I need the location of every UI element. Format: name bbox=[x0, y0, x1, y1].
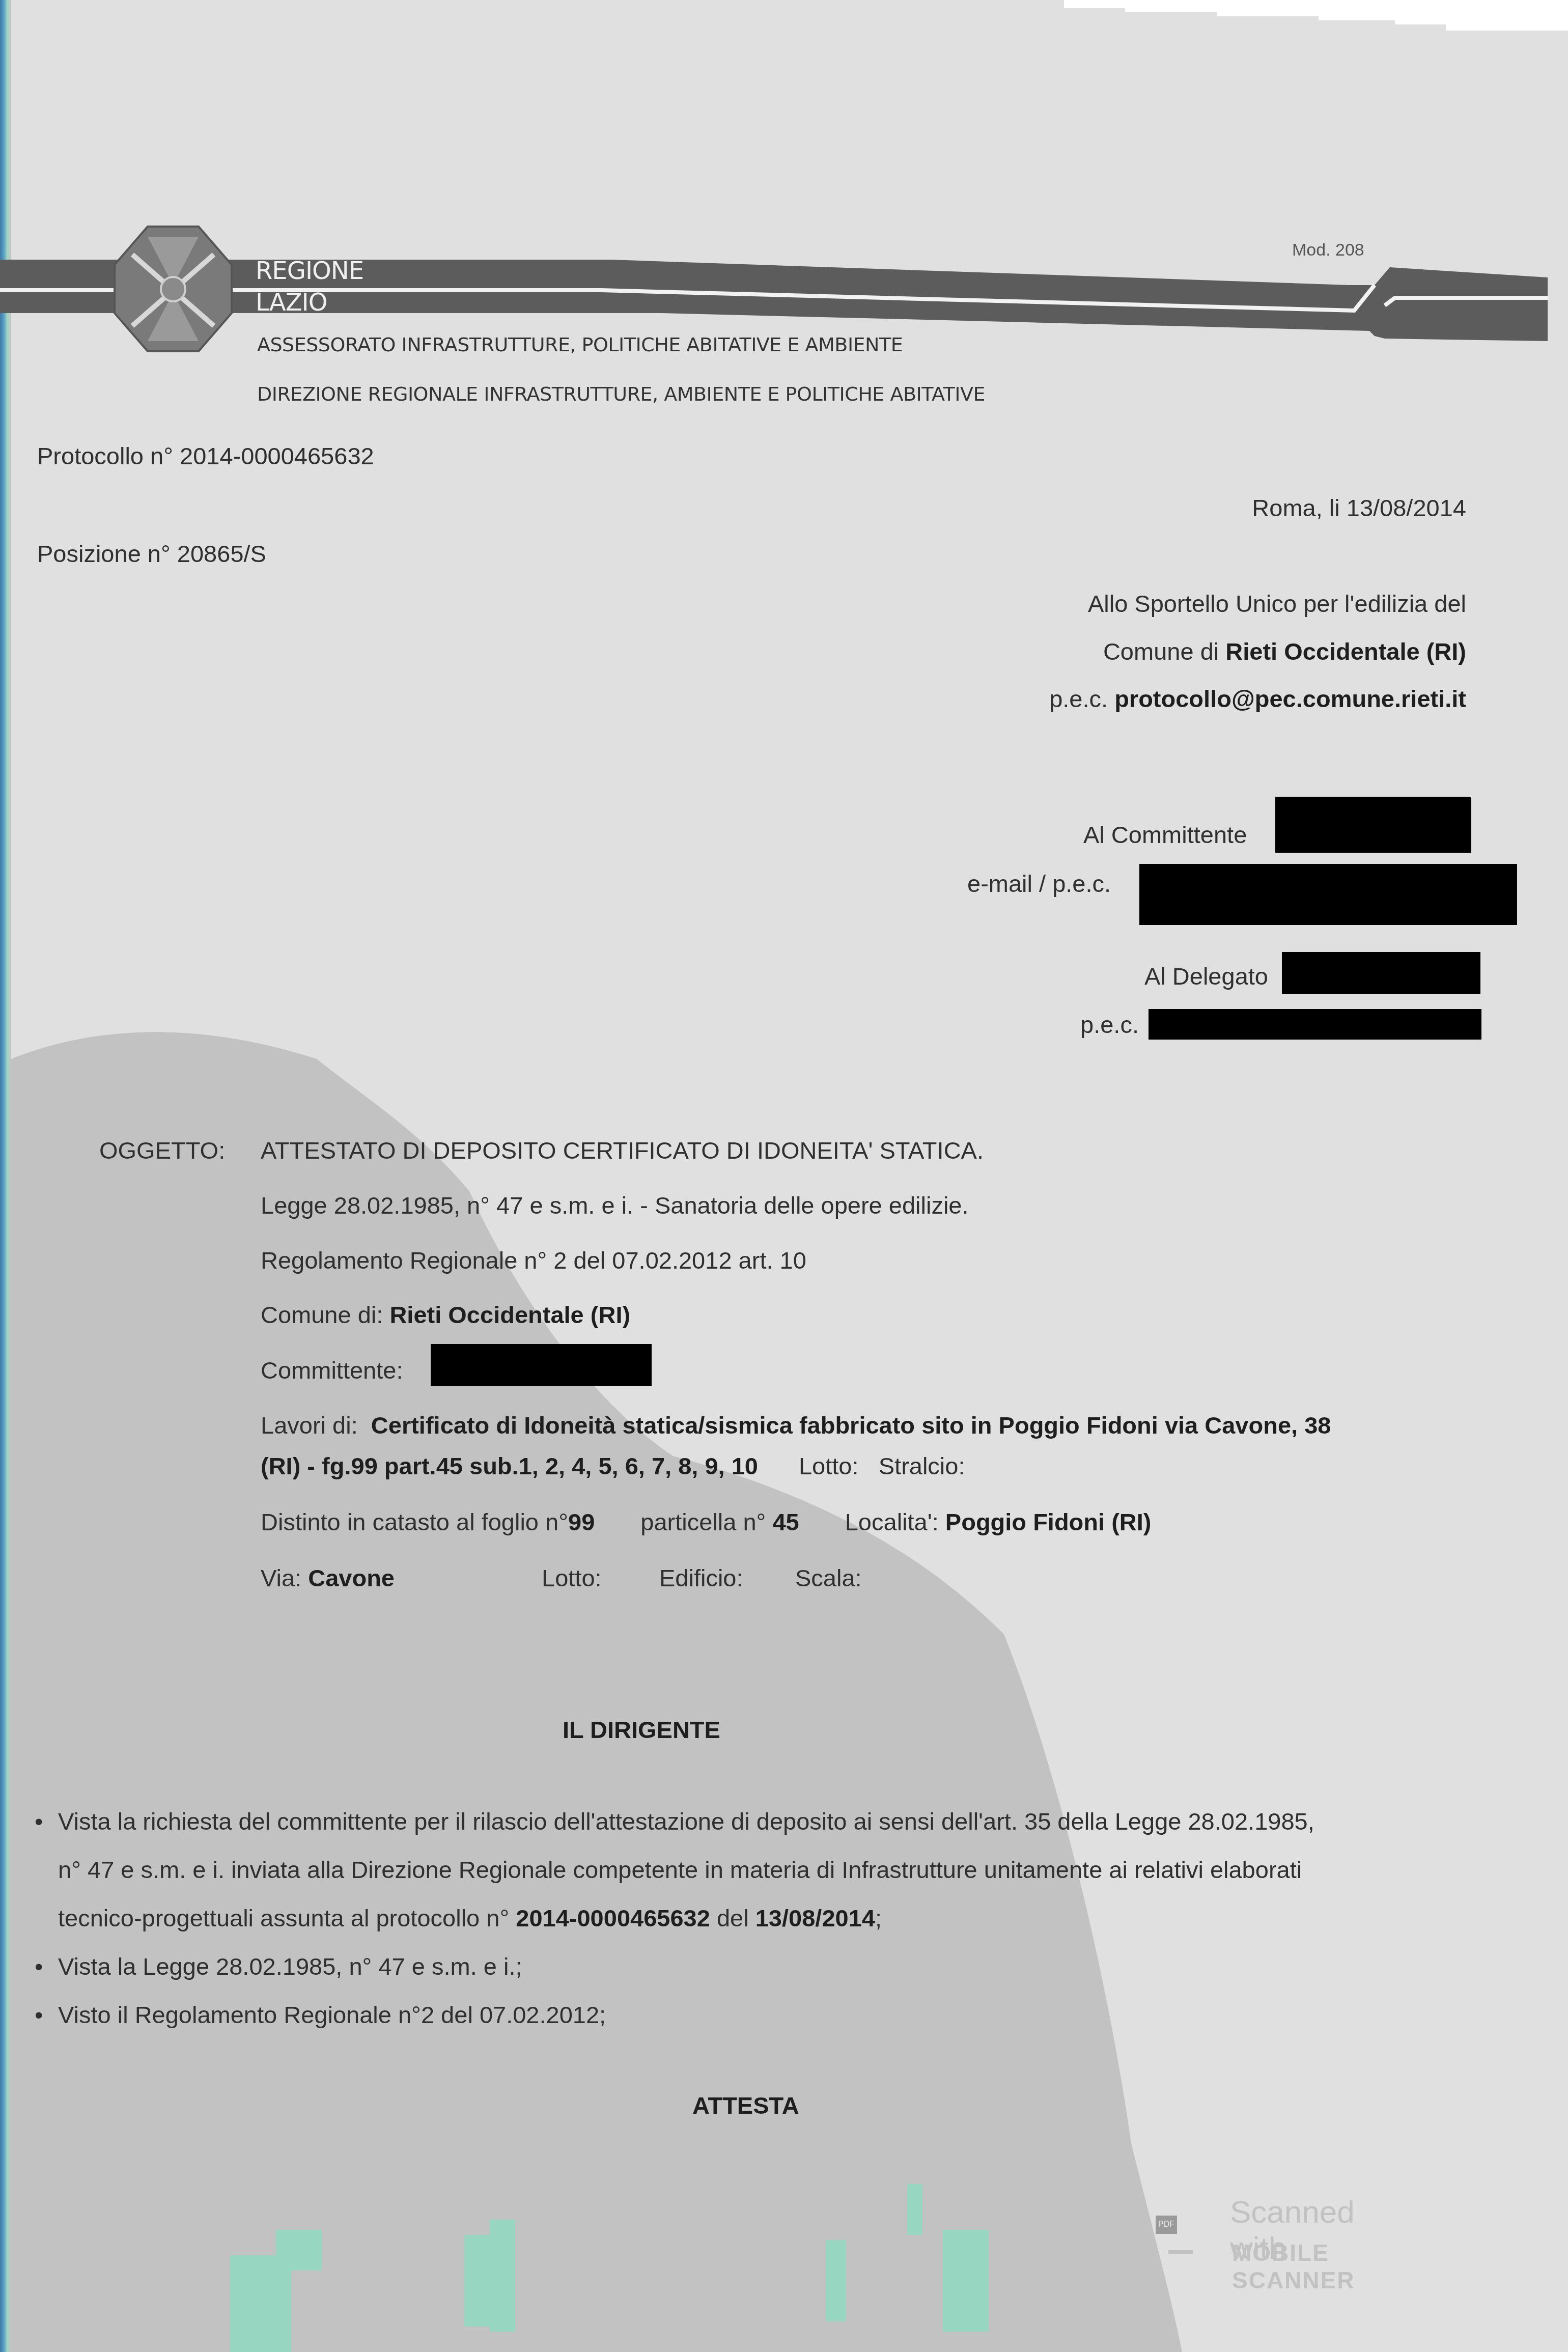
oggetto-catasto: Distinto in catasto al foglio n°99partic… bbox=[261, 1508, 1151, 1536]
watermark-divider bbox=[1168, 2250, 1193, 2254]
region-name-line2: LAZIO bbox=[256, 290, 327, 315]
bullet1-date: 13/08/2014 bbox=[755, 1905, 875, 1931]
pdf-icon: PDF bbox=[1156, 2216, 1177, 2234]
redacted-committente-name bbox=[1275, 797, 1471, 853]
premise-bullet-3: Visto il Regolamento Regionale n°2 del 0… bbox=[58, 2001, 606, 2029]
localita-value: Poggio Fidoni (RI) bbox=[945, 1508, 1152, 1535]
premise-bullet-2: Vista la Legge 28.02.1985, n° 47 e s.m. … bbox=[58, 1952, 522, 1980]
premise-bullet-1-line1: Vista la richiesta del committente per i… bbox=[58, 1807, 1314, 1835]
foglio-value: 99 bbox=[568, 1508, 595, 1535]
recipient-sportello-line2: Comune di Rieti Occidentale (RI) bbox=[1103, 637, 1466, 665]
oggetto-lotto: Lotto: bbox=[542, 1564, 602, 1592]
scan-top-artifact bbox=[962, 0, 1568, 31]
bullet1-end: ; bbox=[875, 1905, 882, 1931]
premise-bullet-1-line3: tecnico-progettuali assunta al protocoll… bbox=[58, 1904, 882, 1932]
redacted-delegato-pec bbox=[1149, 1009, 1481, 1040]
redacted-oggetto-committente bbox=[431, 1344, 652, 1386]
posizione-label: Posizione n° bbox=[37, 540, 177, 567]
comune-name: Rieti Occidentale (RI) bbox=[1225, 638, 1466, 665]
lavori-value-cont: (RI) - fg.99 part.45 sub.1, 2, 4, 5, 6, … bbox=[261, 1452, 758, 1479]
scan-left-edge bbox=[0, 0, 11, 2352]
catasto-label: Distinto in catasto al foglio n° bbox=[261, 1508, 568, 1535]
lotto-label: Lotto: bbox=[799, 1452, 859, 1479]
oggetto-lavori-line1: Lavori di: Certificato di Idoneità stati… bbox=[261, 1411, 1331, 1439]
oggetto-edificio: Edificio: bbox=[659, 1564, 743, 1592]
form-code: Mod. 208 bbox=[1292, 240, 1364, 260]
oggetto-comune: Comune di: Rieti Occidentale (RI) bbox=[261, 1301, 630, 1329]
oggetto-scala: Scala: bbox=[795, 1564, 862, 1592]
directorate-name: DIREZIONE REGIONALE INFRASTRUTTURE, AMBI… bbox=[257, 383, 985, 405]
via-value: Cavone bbox=[308, 1564, 395, 1591]
protocollo-value: 2014-0000465632 bbox=[180, 442, 374, 469]
committente-email-label: e-mail / p.e.c. bbox=[967, 870, 1111, 898]
pec-label: p.e.c. bbox=[1049, 685, 1114, 712]
bullet1-prefix: tecnico-progettuali assunta al protocoll… bbox=[58, 1905, 516, 1931]
bullet1-protocollo: 2014-0000465632 bbox=[516, 1905, 710, 1931]
regione-lazio-emblem-icon bbox=[112, 224, 234, 354]
region-name-line1: REGIONE bbox=[256, 259, 363, 283]
dirigente-heading-text: IL DIRIGENTE bbox=[563, 1716, 720, 1743]
particella-label: particella n° bbox=[640, 1508, 772, 1535]
oggetto-title: ATTESTATO DI DEPOSITO CERTIFICATO DI IDO… bbox=[261, 1136, 984, 1164]
oggetto-label: OGGETTO: bbox=[99, 1136, 225, 1164]
attesta-heading: ATTESTA bbox=[692, 2091, 799, 2119]
oggetto-regolamento: Regolamento Regionale n° 2 del 07.02.201… bbox=[261, 1246, 806, 1274]
comune-prefix: Comune di bbox=[1103, 638, 1225, 665]
oggetto-committente-label: Committente: bbox=[261, 1356, 403, 1384]
watermark-line2: MOBILE SCANNER bbox=[1232, 2239, 1355, 2294]
oggetto-lavori-line2: (RI) - fg.99 part.45 sub.1, 2, 4, 5, 6, … bbox=[261, 1452, 965, 1480]
delegato-pec-label: p.e.c. bbox=[1080, 1011, 1139, 1039]
recipient-sportello-line1: Allo Sportello Unico per l'edilizia del bbox=[1088, 590, 1466, 618]
localita-label: Localita': bbox=[845, 1508, 945, 1535]
redacted-delegato-name bbox=[1282, 952, 1480, 994]
delegato-label: Al Delegato bbox=[1144, 962, 1268, 990]
comune-label: Comune di: bbox=[261, 1301, 389, 1328]
protocollo-label: Protocollo n° bbox=[37, 442, 180, 469]
pec-email-link[interactable]: protocollo@pec.comune.rieti.it bbox=[1114, 685, 1466, 712]
place-date: Roma, li 13/08/2014 bbox=[1252, 494, 1466, 522]
bullet1-del: del bbox=[710, 1905, 755, 1931]
department-name: ASSESSORATO INFRASTRUTTURE, POLITICHE AB… bbox=[257, 333, 903, 356]
via-label: Via: bbox=[261, 1564, 308, 1591]
stralcio-label: Stralcio: bbox=[879, 1452, 965, 1479]
recipient-pec: p.e.c. protocollo@pec.comune.rieti.it bbox=[1049, 685, 1466, 713]
dirigente-heading: IL DIRIGENTE bbox=[0, 1716, 1568, 1744]
comune-value: Rieti Occidentale (RI) bbox=[389, 1301, 630, 1328]
posizione-value: 20865/S bbox=[177, 540, 266, 567]
committente-label: Al Committente bbox=[1083, 821, 1247, 849]
lavori-value: Certificato di Idoneità statica/sismica … bbox=[371, 1412, 1331, 1439]
lavori-label: Lavori di: bbox=[261, 1412, 358, 1439]
particella-value: 45 bbox=[772, 1508, 799, 1535]
premise-bullet-1-line2: n° 47 e s.m. e i. inviata alla Direzione… bbox=[58, 1856, 1302, 1884]
redacted-committente-email bbox=[1139, 864, 1517, 925]
oggetto-legge: Legge 28.02.1985, n° 47 e s.m. e i. - Sa… bbox=[261, 1191, 969, 1219]
protocollo-number: Protocollo n° 2014-0000465632 bbox=[37, 442, 374, 470]
posizione-number: Posizione n° 20865/S bbox=[37, 540, 266, 568]
oggetto-via: Via: Cavone bbox=[261, 1564, 395, 1592]
